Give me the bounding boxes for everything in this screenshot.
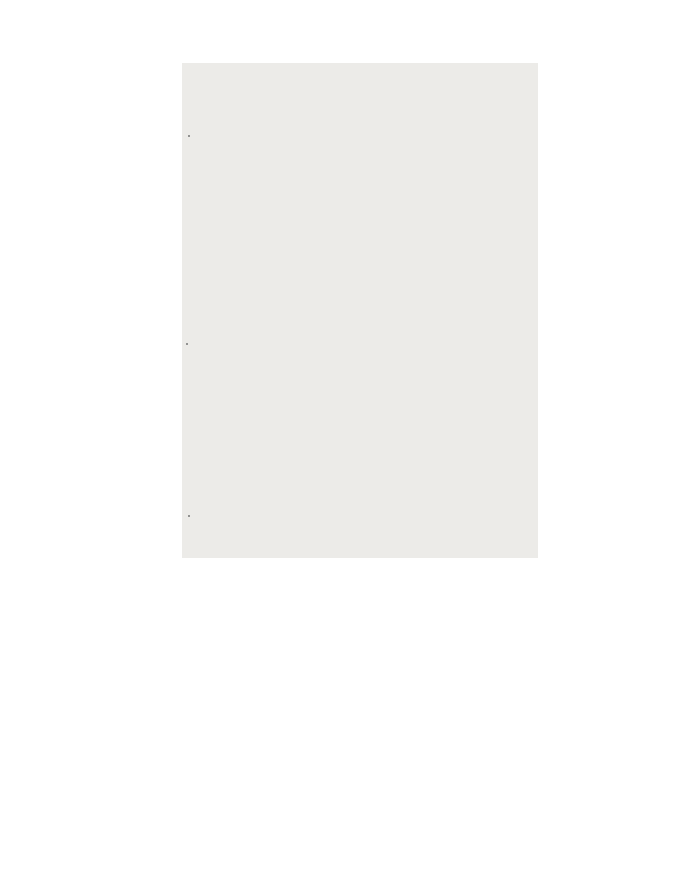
scan-speck: [186, 343, 188, 345]
scanned-book-page: [182, 63, 538, 558]
scan-speck: [188, 515, 190, 517]
scan-speck: [188, 135, 190, 137]
